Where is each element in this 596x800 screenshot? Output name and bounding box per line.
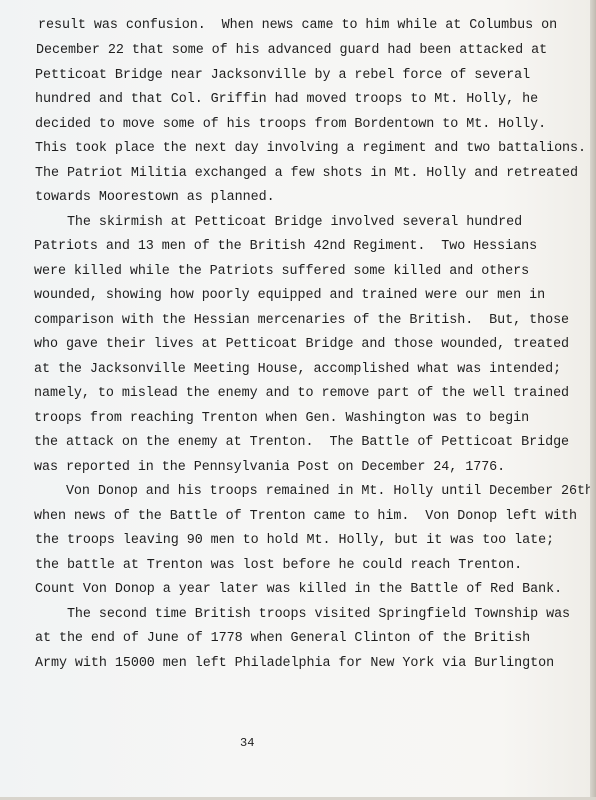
text-line: troops from reaching Trenton when Gen. W…: [34, 412, 529, 426]
text-line: December 22 that some of his advanced gu…: [36, 44, 547, 58]
page-edge: [590, 0, 596, 800]
text-line: Petticoat Bridge near Jacksonville by a …: [35, 69, 530, 83]
text-line: the troops leaving 90 men to hold Mt. Ho…: [35, 534, 554, 548]
paragraph-start: The second time British troops visited S…: [35, 608, 570, 622]
text-line: the attack on the enemy at Trenton. The …: [34, 436, 569, 450]
text-line: wounded, showing how poorly equipped and…: [34, 289, 545, 303]
text-line: Count Von Donop a year later was killed …: [35, 583, 562, 597]
document-page: result was confusion. When news came to …: [0, 0, 590, 797]
text-line: decided to move some of his troops from …: [35, 118, 546, 132]
text-line: The Patriot Militia exchanged a few shot…: [35, 167, 578, 181]
paragraph-start: Von Donop and his troops remained in Mt.…: [34, 485, 596, 499]
text-line: at the Jacksonville Meeting House, accom…: [34, 363, 561, 377]
text-line: at the end of June of 1778 when General …: [35, 632, 530, 646]
text-line: who gave their lives at Petticoat Bridge…: [34, 338, 569, 352]
text-line: namely, to mislead the enemy and to remo…: [34, 387, 569, 401]
text-line: Patriots and 13 men of the British 42nd …: [34, 240, 537, 254]
text-line: when news of the Battle of Trenton came …: [34, 510, 577, 524]
text-line: was reported in the Pennsylvania Post on…: [34, 461, 505, 475]
text-line: were killed while the Patriots suffered …: [34, 265, 529, 279]
text-line: the battle at Trenton was lost before he…: [35, 559, 522, 573]
text-line: Army with 15000 men left Philadelphia fo…: [35, 657, 554, 671]
text-line: comparison with the Hessian mercenaries …: [34, 314, 569, 328]
text-line: towards Moorestown as planned.: [35, 191, 275, 205]
paragraph-start: The skirmish at Petticoat Bridge involve…: [35, 216, 522, 230]
text-line: hundred and that Col. Griffin had moved …: [35, 93, 538, 107]
text-line: This took place the next day involving a…: [35, 142, 586, 156]
page-number: 34: [240, 736, 254, 750]
text-line: result was confusion. When news came to …: [38, 19, 557, 33]
